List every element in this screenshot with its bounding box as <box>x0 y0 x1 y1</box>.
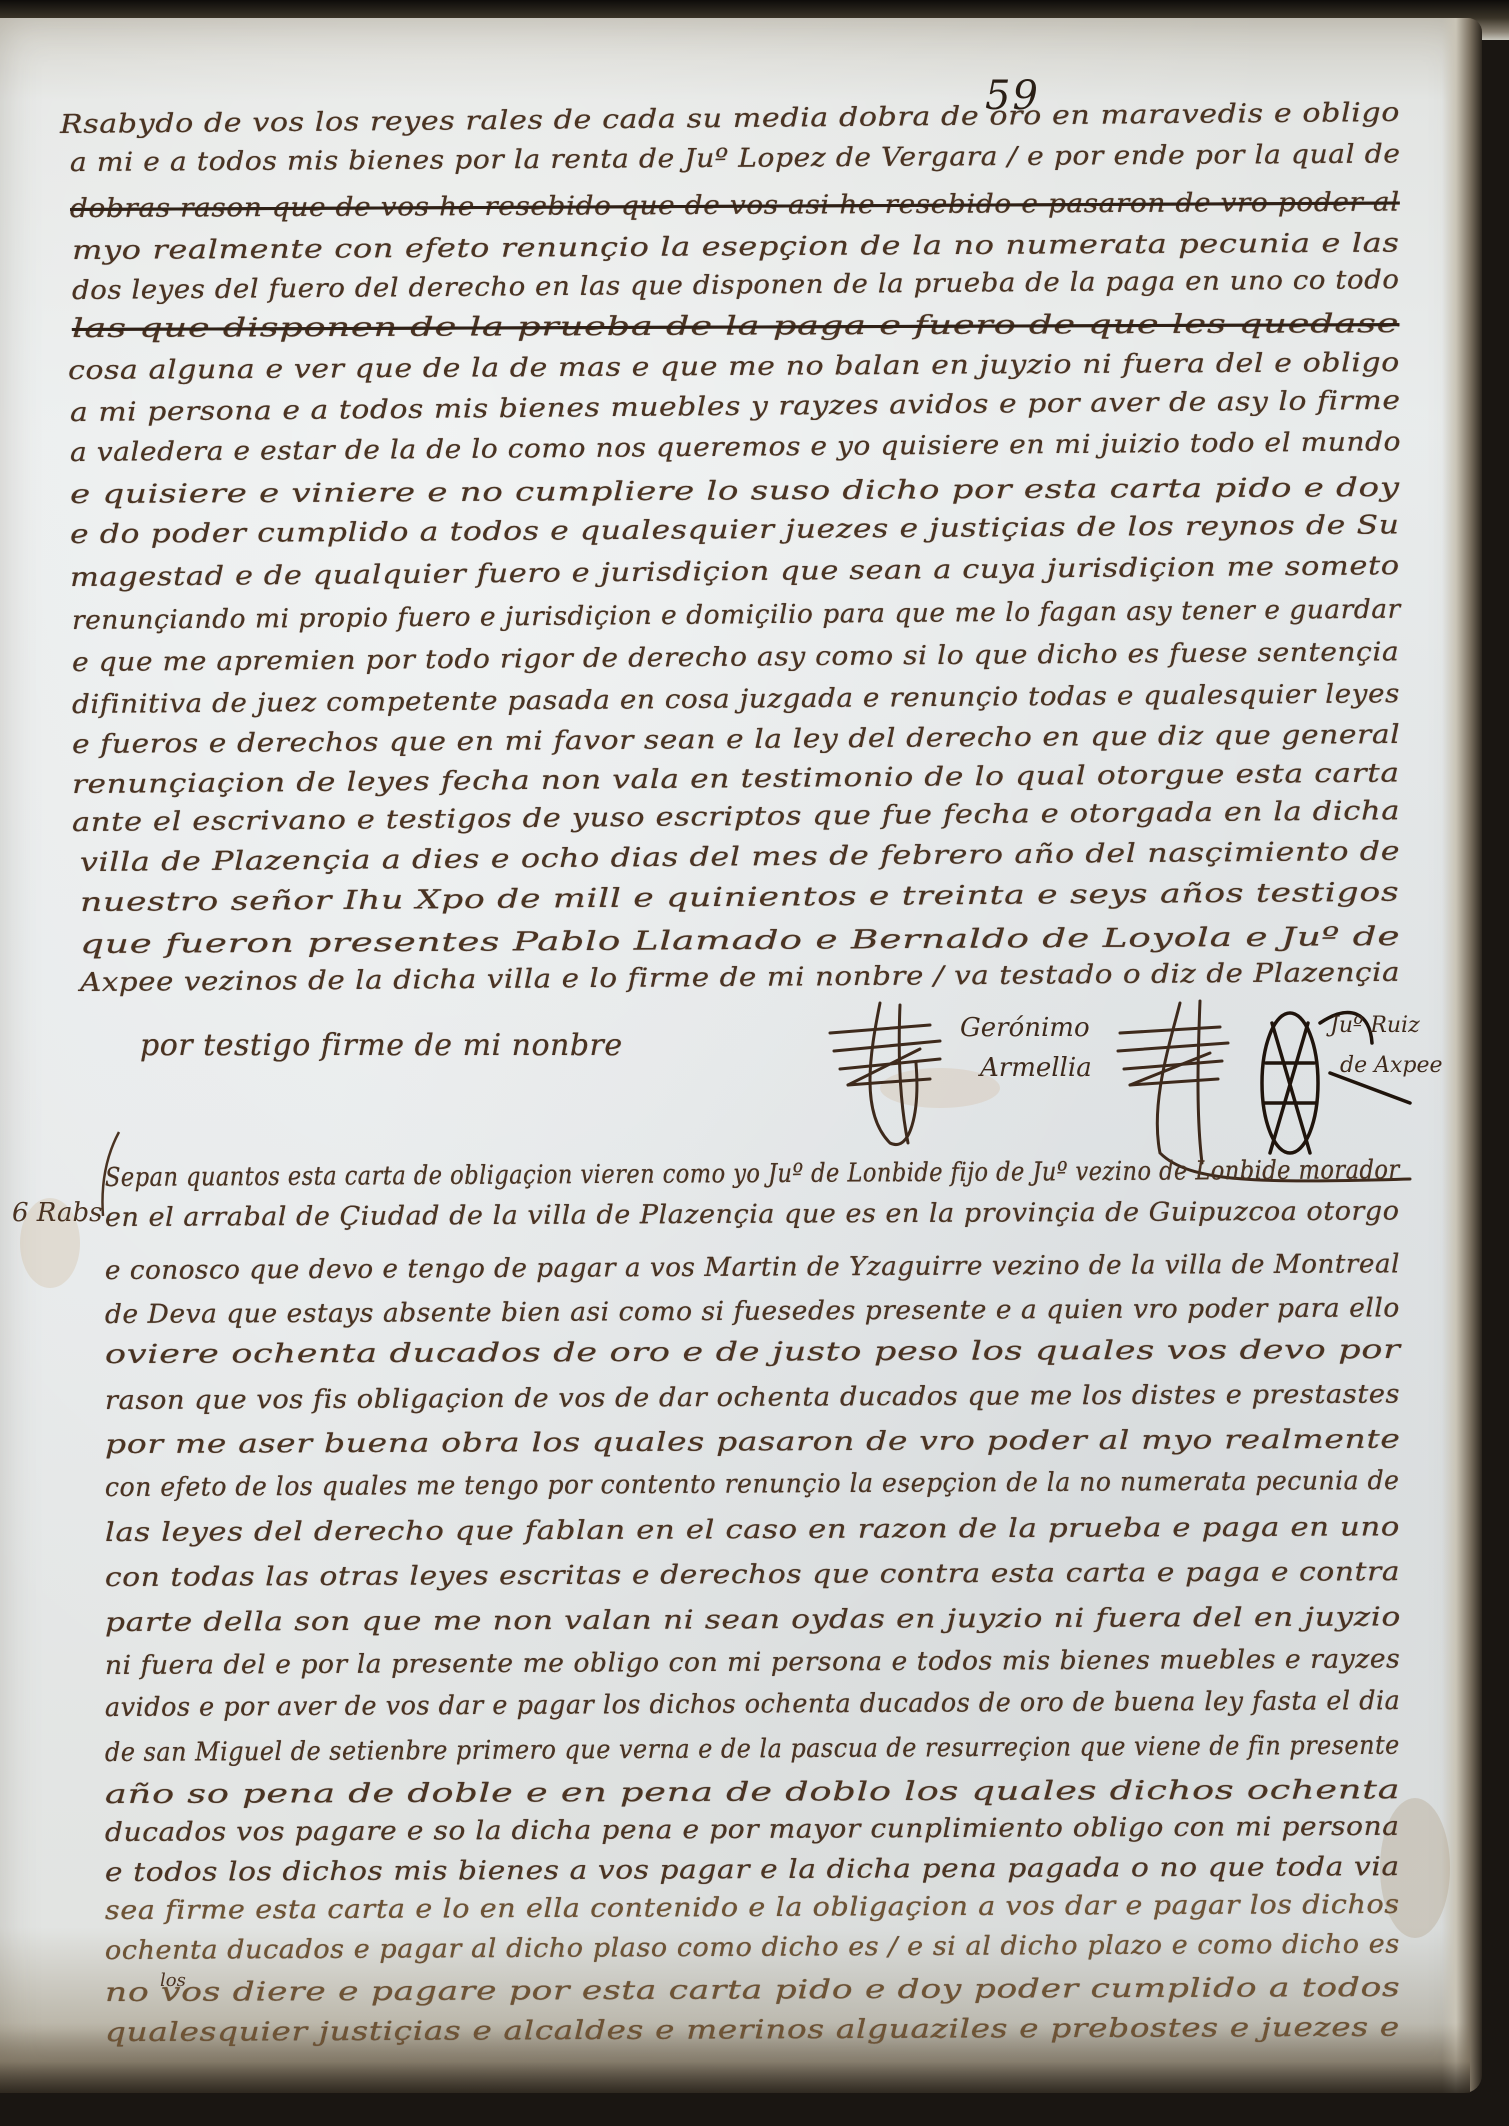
manuscript-line-struck: las que disponen de la prueba de la paga… <box>72 309 1399 344</box>
manuscript-line: renunçiaçion de leyes fecha non vala en … <box>72 758 1400 800</box>
manuscript-line: a mi e a todos mis bienes por la renta d… <box>70 139 1401 178</box>
marginal-note: 6 Rabs <box>12 1198 102 1228</box>
manuscript-line: dos leyes del fuero del derecho en las q… <box>72 265 1400 306</box>
manuscript-line: renunçiando mi propio fuero e jurisdiçio… <box>72 595 1401 636</box>
manuscript-line: año so pena de doble e en pena de doblo … <box>105 1775 1401 1810</box>
manuscript-line: no vos diere e pagare por esta carta pid… <box>105 1973 1401 2008</box>
manuscript-line: myo realmente con efeto renunçio la esep… <box>72 228 1400 266</box>
manuscript-line: ni fuera del e por la presente me obligo… <box>105 1644 1400 1681</box>
manuscript-line: ducados vos pagare e so la dicha pena e … <box>105 1812 1400 1848</box>
manuscript-line: por me aser buena obra los quales pasaro… <box>105 1425 1401 1460</box>
manuscript-line: nuestro señor Ihu Xpo de mill e quinient… <box>80 878 1400 918</box>
manuscript-line: difinitiva de juez competente pasada en … <box>72 679 1400 720</box>
manuscript-line: cosa alguna e ver que de la de mas e que… <box>68 348 1400 386</box>
manuscript-line: e do poder cumplido a todos e qualesquie… <box>70 510 1400 550</box>
manuscript-line: ante el escrivano e testigos de yuso esc… <box>72 796 1400 838</box>
signature-right-name-1: Juº Ruiz <box>1330 1013 1420 1038</box>
manuscript-line: magestad e de qualquier fuero e jurisdiç… <box>70 551 1400 593</box>
manuscript-line: e fueros e derechos que en mi favor sean… <box>72 720 1401 760</box>
signature-left-name-2: Armellia <box>980 1053 1092 1083</box>
manuscript-line: rason que vos fis obligaçion de vos de d… <box>105 1380 1400 1416</box>
manuscript-line: e que me apremien por todo rigor de dere… <box>72 637 1400 678</box>
manuscript-line: e todos los dichos mis bienes a vos paga… <box>105 1852 1400 1888</box>
manuscript-line: con efeto de los quales me tengo por con… <box>105 1466 1400 1503</box>
manuscript-line: Rsabydo de vos los reyes rales de cada s… <box>60 98 1400 140</box>
manuscript-line: con todas las otras leyes escritas e der… <box>105 1557 1400 1593</box>
manuscript-line: a mi persona e a todos mis bienes mueble… <box>70 386 1401 428</box>
manuscript-line: e conosco que devo e tengo de pagar a vo… <box>105 1249 1400 1286</box>
manuscript-line: avidos e por aver de vos dar e pagar los… <box>105 1686 1401 1723</box>
manuscript-page: 59 Rsabydo de vos los reyes rales de cad… <box>0 18 1470 2093</box>
manuscript-line-struck: dobras rason que de vos he resebido que … <box>70 188 1400 224</box>
manuscript-line: en el arrabal de Çiudad de la villa de P… <box>105 1196 1400 1233</box>
manuscript-line: qualesquier justiçias e alcaldes e merin… <box>105 2013 1400 2048</box>
signature-left: Gerónimo Armellia <box>820 993 1120 1163</box>
manuscript-line: villa de Plazençia a dies e ocho dias de… <box>80 837 1401 878</box>
manuscript-line: e quisiere e viniere e no cumpliere lo s… <box>70 473 1400 510</box>
manuscript-line: oviere ochenta ducados de oro e de justo… <box>105 1335 1401 1370</box>
signature-left-name-1: Gerónimo <box>960 1013 1090 1043</box>
manuscript-line: ochenta ducados e pagar al dicho plaso c… <box>105 1929 1400 1966</box>
manuscript-line: sea firme esta carta e lo en ella conten… <box>105 1890 1400 1926</box>
signature-right-name-2: de Axpee <box>1340 1053 1443 1078</box>
manuscript-line: de Deva que estays absente bien asi como… <box>105 1293 1400 1330</box>
closing-formula: por testigo firme de mi nonbre <box>140 1028 623 1063</box>
manuscript-line: las leyes del derecho que fablan en el c… <box>105 1512 1400 1548</box>
manuscript-line: a valedera e estar de la de lo como nos … <box>70 427 1401 468</box>
manuscript-line: parte della son que me non valan ni sean… <box>105 1602 1401 1638</box>
manuscript-line: de san Miguel de setienbre primero que v… <box>105 1731 1400 1768</box>
manuscript-line: que fueron presentes Pablo Llamado e Ber… <box>80 922 1401 960</box>
